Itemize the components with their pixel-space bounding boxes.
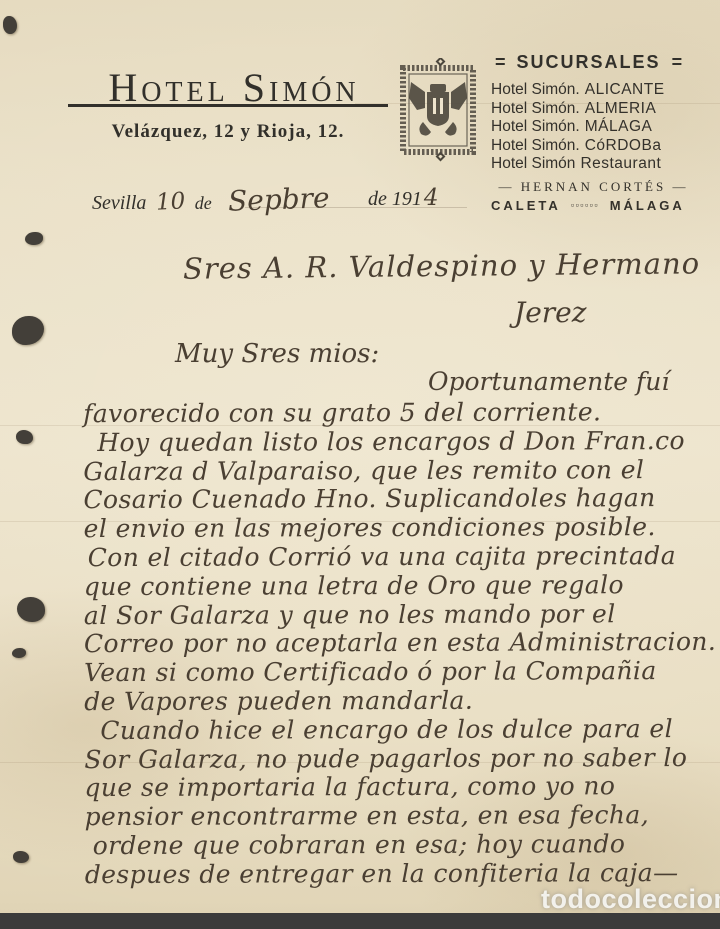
branch-prefix: Hotel Simón. — [491, 81, 580, 98]
branch-row: Hotel Simón.MÁLAGA — [491, 118, 713, 137]
dateline-city: Sevilla — [92, 192, 146, 215]
branch-row: Hotel SimónRestaurant — [491, 155, 713, 174]
body-line: pensior encontrarme en esta, en esa fech… — [85, 801, 717, 832]
body-line: que contiene una letra de Oro que regalo — [84, 571, 716, 602]
malaga-label: MÁLAGA — [610, 198, 685, 213]
punch-hole — [13, 851, 29, 863]
body-line: Con el citado Corrió va una cajita preci… — [84, 542, 716, 573]
punch-hole — [12, 648, 26, 658]
body-line: Cuando hice el encargo de los dulce para… — [84, 715, 716, 746]
branches-title: SUCURSALES — [517, 52, 661, 72]
body-line: Vean si como Certificado ó por la Compañ… — [84, 657, 716, 688]
branch-row: Hotel Simón.CóRDOBa — [491, 137, 713, 156]
branch-city: Restaurant — [580, 155, 661, 172]
body-line: al Sor Galarza y que no les mando por el — [84, 599, 716, 630]
punch-hole — [16, 430, 33, 444]
decor-dash-right: — — [672, 179, 688, 194]
body-line: de Vapores pueden mandarla. — [84, 686, 716, 717]
body-line: Cosario Cuenado Hno. Suplicandoles hagan — [83, 484, 715, 515]
branch-city: ALICANTE — [585, 81, 665, 98]
punch-hole — [12, 316, 44, 345]
recipient-line: Sres A. R. Valdespino y Hermano — [183, 246, 700, 285]
dateline-year: de 191 4 — [368, 185, 439, 211]
branches-block: = SUCURSALES = Hotel Simón.ALICANTE Hote… — [491, 52, 713, 213]
photo-background-band — [0, 913, 720, 929]
restaurant-name: HERNAN CORTÉS — [521, 179, 666, 194]
dateline-year-prefix: de 191 — [368, 188, 422, 211]
decor-dots: ▫▫▫▫▫▫ — [567, 200, 603, 210]
branch-city: MÁLAGA — [585, 118, 653, 135]
branch-city: ALMERIA — [585, 100, 657, 117]
recipient-city: Jerez — [514, 296, 587, 329]
branch-row: Hotel Simón.ALICANTE — [491, 81, 713, 100]
title-underline — [68, 104, 388, 107]
punch-hole — [17, 597, 45, 622]
branch-prefix: Hotel Simón. — [491, 118, 580, 135]
decor-equals-right: = — [668, 52, 687, 72]
branches-header: = SUCURSALES = — [491, 52, 713, 73]
body-line: favorecido con su grato 5 del corriente. — [83, 398, 715, 429]
body-line: Correo por no aceptarla en esta Administ… — [84, 628, 716, 659]
branch-prefix: Hotel Simón. — [491, 100, 580, 117]
dateline-month: Sepbre — [227, 181, 330, 218]
branch-prefix: Hotel Simón — [491, 155, 575, 172]
decor-equals-left: = — [491, 52, 510, 72]
letter-body: favorecido con su grato 5 del corriente.… — [83, 398, 717, 890]
body-line: el envio en las mejores condiciones posi… — [84, 513, 716, 544]
body-line: Hoy quedan listo los encargos d Don Fran… — [83, 427, 715, 458]
caleta-label: CALETA — [491, 198, 560, 213]
hotel-crest-emblem — [397, 58, 479, 167]
dateline: Sevilla 10 de Sepbre — [92, 183, 329, 216]
dateline-day: 10 — [156, 188, 187, 215]
document-photo: Hotel Simón Velázquez, 12 y Rioja, 12. — [0, 0, 720, 929]
branch-row: Hotel Simón.ALMERIA — [491, 100, 713, 119]
letter-paper: Hotel Simón Velázquez, 12 y Rioja, 12. — [0, 0, 720, 929]
punch-hole — [25, 232, 43, 245]
salutation: Muy Sres mios: — [175, 339, 379, 369]
restaurant-name-row: — HERNAN CORTÉS — — [491, 179, 696, 195]
body-line: que se importaria la factura, como yo no — [84, 772, 716, 803]
body-opening-line: Oportunamente fuí — [428, 367, 669, 396]
todocoleccion-watermark: todocoleccion — [541, 884, 720, 915]
caleta-row: CALETA ▫▫▫▫▫▫ MÁLAGA — [491, 198, 706, 213]
body-line: Galarza d Valparaiso, que les remito con… — [83, 455, 715, 486]
body-line: ordene que cobraran en esa; hoy cuando — [85, 830, 717, 861]
decor-dash-left: — — [499, 179, 515, 194]
body-line: Sor Galarza, no pude pagarlos por no sab… — [84, 743, 716, 774]
branch-prefix: Hotel Simón. — [491, 137, 580, 154]
dateline-year-digit: 4 — [424, 185, 439, 211]
punch-hole — [3, 16, 17, 34]
hotel-address: Velázquez, 12 y Rioja, 12. — [68, 121, 388, 143]
branch-city: CóRDOBa — [585, 137, 662, 154]
dateline-de: de — [195, 193, 212, 214]
